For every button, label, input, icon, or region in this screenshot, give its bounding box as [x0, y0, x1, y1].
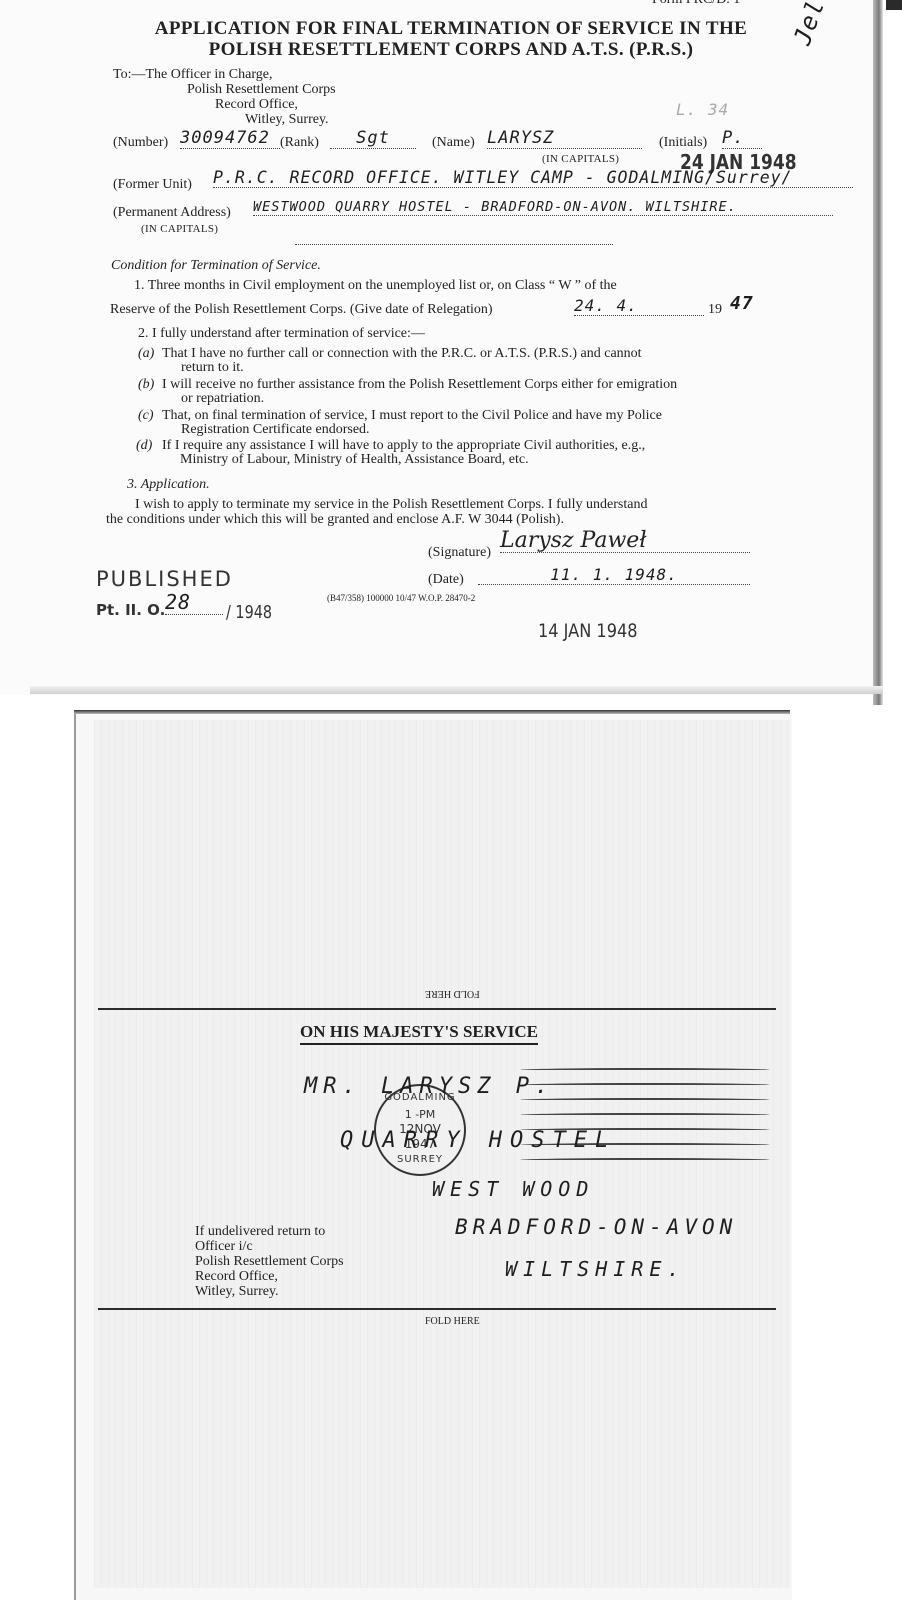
relegation-year-prefix: 19: [708, 302, 722, 318]
number-label: (Number): [113, 135, 168, 151]
form-title-line1: APPLICATION FOR FINAL TERMINATION OF SER…: [0, 18, 902, 40]
envelope-top-edge: [74, 710, 790, 714]
return-address-line: If undelivered return to: [195, 1224, 325, 1240]
part-ii-order-prefix: Pt. II. O.: [96, 601, 165, 619]
clause-b-label: (b): [138, 377, 154, 393]
clause-d-label: (d): [136, 438, 152, 454]
relegation-year-field[interactable]: 47: [730, 293, 754, 314]
scan-corner-mark: [886, 0, 902, 10]
number-field[interactable]: 30094762: [180, 128, 280, 149]
published-stamp: PUBLISHED: [96, 567, 233, 591]
clause-b-line2: or repatriation.: [181, 391, 264, 407]
signature-field[interactable]: Larysz Paweł: [500, 528, 750, 553]
clause-a-label: (a): [138, 346, 154, 362]
fold-here-top-inverted: FOLD HERE: [425, 988, 480, 999]
form-title-line2: POLISH RESETTLEMENT CORPS AND A.T.S. (P.…: [0, 39, 902, 61]
sheet-edge-shadow: [873, 0, 883, 705]
relegation-date-field[interactable]: 24. 4.: [574, 296, 704, 316]
application-line2: the conditions under which this will be …: [106, 512, 564, 528]
condition-1-line1: 1. Three months in Civil employment on t…: [134, 278, 617, 294]
postmark-county: SURREY: [376, 1154, 464, 1165]
return-address-line: Record Office,: [195, 1269, 278, 1285]
date-label: (Date): [428, 572, 464, 588]
form-reference: Form PRC/D. 1: [652, 0, 740, 8]
rank-label: (Rank): [280, 135, 319, 151]
address-second-line[interactable]: [295, 236, 613, 245]
name-field[interactable]: LARYSZ: [487, 128, 642, 149]
return-address-line: Polish Resettlement Corps: [195, 1254, 344, 1270]
recipient-line2: QUARRY HOSTEL: [340, 1128, 616, 1153]
recipient-line5: WILTSHIRE.: [505, 1257, 685, 1281]
postmark-time: 1 -PM: [376, 1108, 464, 1121]
clause-d-line2: Ministry of Labour, Ministry of Health, …: [180, 452, 529, 468]
signature-label: (Signature): [428, 545, 491, 561]
fold-line-top: [98, 1008, 776, 1010]
pencil-note: L. 34: [676, 100, 729, 119]
clause-a-line2: return to it.: [181, 360, 244, 376]
clause-c-label: (c): [138, 408, 154, 424]
addressee-line: To:—The Officer in Charge,: [113, 67, 272, 83]
addressee-line: Polish Resettlement Corps: [187, 82, 336, 98]
former-unit-label: (Former Unit): [113, 177, 192, 193]
print-code: (B47/358) 100000 10/47 W.O.P. 28470-2: [327, 593, 475, 603]
condition-1-line2: Reserve of the Polish Resettlement Corps…: [110, 302, 493, 318]
application-line1: I wish to apply to terminate my service …: [135, 497, 647, 513]
rank-field[interactable]: Sgt: [330, 128, 416, 149]
recipient-line3: WEST WOOD: [432, 1177, 594, 1201]
recipient-line4: BRADFORD-ON-AVON: [455, 1215, 737, 1239]
part-ii-order-year: / 1948: [226, 602, 272, 623]
addressee-line: Witley, Surrey.: [245, 112, 329, 128]
fold-line-bottom: [98, 1308, 776, 1310]
condition-2: 2. I fully understand after termination …: [138, 326, 425, 342]
conditions-heading: Condition for Termination of Service.: [111, 258, 321, 274]
addressee-line: Record Office,: [215, 97, 298, 113]
ohms-heading: ON HIS MAJESTY'S SERVICE: [300, 1022, 538, 1045]
fold-here-bottom: FOLD HERE: [425, 1316, 480, 1327]
address-hint: (IN CAPITALS): [141, 223, 218, 235]
former-unit-field[interactable]: P.R.C. RECORD OFFICE. WITLEY CAMP - GODA…: [213, 168, 853, 188]
return-address-line: Witley, Surrey.: [195, 1284, 279, 1300]
name-hint: (IN CAPITALS): [542, 153, 619, 165]
clause-c-line2: Registration Certificate endorsed.: [181, 422, 370, 438]
return-address-line: Officer i/c: [195, 1239, 253, 1255]
date-received-stamp: 14 JAN 1948: [538, 620, 638, 642]
recipient-line1: MR. LARYSZ P.: [304, 1074, 554, 1099]
date-field[interactable]: 11. 1. 1948.: [478, 565, 750, 585]
initials-label: (Initials): [659, 135, 707, 151]
name-label: (Name): [432, 135, 475, 151]
application-heading: 3. Application.: [127, 477, 210, 493]
sheet-bottom-edge: [30, 686, 883, 694]
permanent-address-label: (Permanent Address): [113, 205, 231, 221]
initials-field[interactable]: P.: [722, 128, 762, 149]
part-ii-order-number[interactable]: 28: [165, 590, 223, 615]
permanent-address-field[interactable]: WESTWOOD QUARRY HOSTEL - BRADFORD-ON-AVO…: [253, 199, 833, 216]
